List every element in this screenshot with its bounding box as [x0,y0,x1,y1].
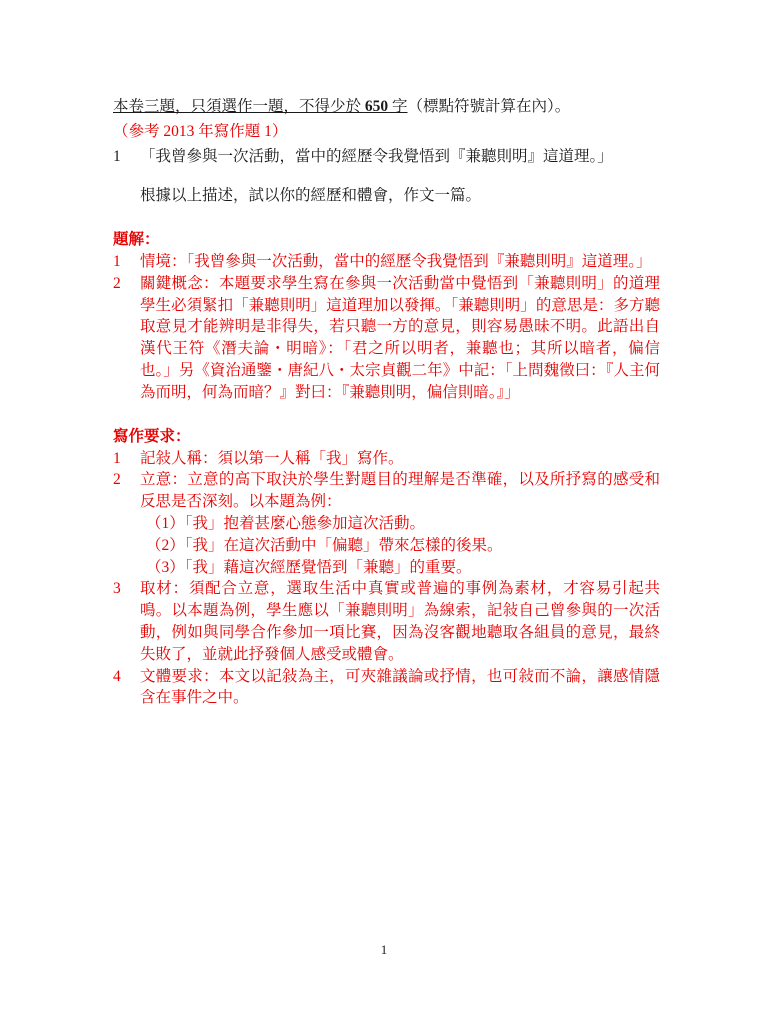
item-text: 記敍人稱：須以第一人稱「我」寫作。 [140,448,660,470]
topic-analysis-item: 2 關鍵概念：本題要求學生寫在參與一次活動當中覺悟到「兼聽則明」的道理學生必須緊… [113,273,660,404]
writing-requirements-section: 寫作要求： 1 記敍人稱：須以第一人稱「我」寫作。 2 立意：立意的高下取決於學… [113,426,660,710]
exam-instruction-line: 本卷三題，只須選作一題，不得少於 650 字（標點符號計算在內）。 [113,94,660,119]
sub-item: （3）「我」藉這次經歷覺悟到「兼聽」的重要。 [140,557,660,579]
item-lead-text: 立意：立意的高下取決於學生對題目的理解是否準確，以及所抒寫的感受和反思是否深刻。… [140,471,660,510]
item-text: 關鍵概念：本題要求學生寫在參與一次活動當中覺悟到「兼聽則明」的道理學生必須緊扣「… [140,273,660,404]
item-text: 情境：「我曾參與一次活動，當中的經歷令我覺悟到『兼聽則明』這道理。」 [140,251,660,273]
instruction-underlined-suffix: 字 [388,98,407,115]
writing-requirement-item: 3 取材：須配合立意，選取生活中真實或普遍的事例為素材，才容易引起共鳴。以本題為… [113,578,660,665]
writing-requirement-item: 4 文體要求：本文以記敍為主，可夾雜議論或抒情，也可敍而不論，讓感情隱含在事件之… [113,666,660,710]
word-count: 650 [365,98,388,115]
topic-analysis-heading: 題解： [113,229,660,251]
question-text: 「我曾參與一次活動，當中的經歷令我覺悟到『兼聽則明』這道理。」 [140,144,660,169]
item-number: 4 [113,666,140,710]
reference-note: （參考 2013 年寫作題 1） [113,119,660,144]
page-content: 本卷三題，只須選作一題，不得少於 650 字（標點符號計算在內）。 （參考 20… [113,94,660,709]
item-text: 文體要求：本文以記敍為主，可夾雜議論或抒情，也可敍而不論，讓感情隱含在事件之中。 [140,666,660,710]
writing-requirement-item: 1 記敍人稱：須以第一人稱「我」寫作。 [113,448,660,470]
item-text: 立意：立意的高下取決於學生對題目的理解是否準確，以及所抒寫的感受和反思是否深刻。… [140,469,660,578]
item-text: 取材：須配合立意，選取生活中真實或普遍的事例為素材，才容易引起共鳴。以本題為例，… [140,578,660,665]
task-text: 根據以上描述，試以你的經歷和體會，作文一篇。 [113,183,660,208]
writing-requirements-heading: 寫作要求： [113,426,660,448]
item-number: 1 [113,448,140,470]
instruction-underlined-prefix: 本卷三題，只須選作一題，不得少於 [113,98,365,115]
writing-requirement-item: 2 立意：立意的高下取決於學生對題目的理解是否準確，以及所抒寫的感受和反思是否深… [113,469,660,578]
item-number: 1 [113,251,140,273]
question-number: 1 [113,144,140,169]
instruction-underlined: 本卷三題，只須選作一題，不得少於 650 字 [113,98,408,115]
sub-item: （2）「我」在這次活動中「偏聽」帶來怎樣的後果。 [140,535,660,557]
topic-analysis-section: 題解： 1 情境：「我曾參與一次活動，當中的經歷令我覺悟到『兼聽則明』這道理。」… [113,229,660,404]
item-number: 3 [113,578,140,665]
item-number: 2 [113,273,140,404]
sub-item: （1）「我」抱着甚麼心態參加這次活動。 [140,513,660,535]
question-row: 1 「我曾參與一次活動，當中的經歷令我覺悟到『兼聽則明』這道理。」 [113,144,660,169]
item-number: 2 [113,469,140,578]
document-page: 本卷三題，只須選作一題，不得少於 650 字（標點符號計算在內）。 （參考 20… [0,0,768,1024]
topic-analysis-item: 1 情境：「我曾參與一次活動，當中的經歷令我覺悟到『兼聽則明』這道理。」 [113,251,660,273]
instruction-rest: （標點符號計算在內）。 [408,98,571,115]
page-number: 1 [0,942,768,958]
